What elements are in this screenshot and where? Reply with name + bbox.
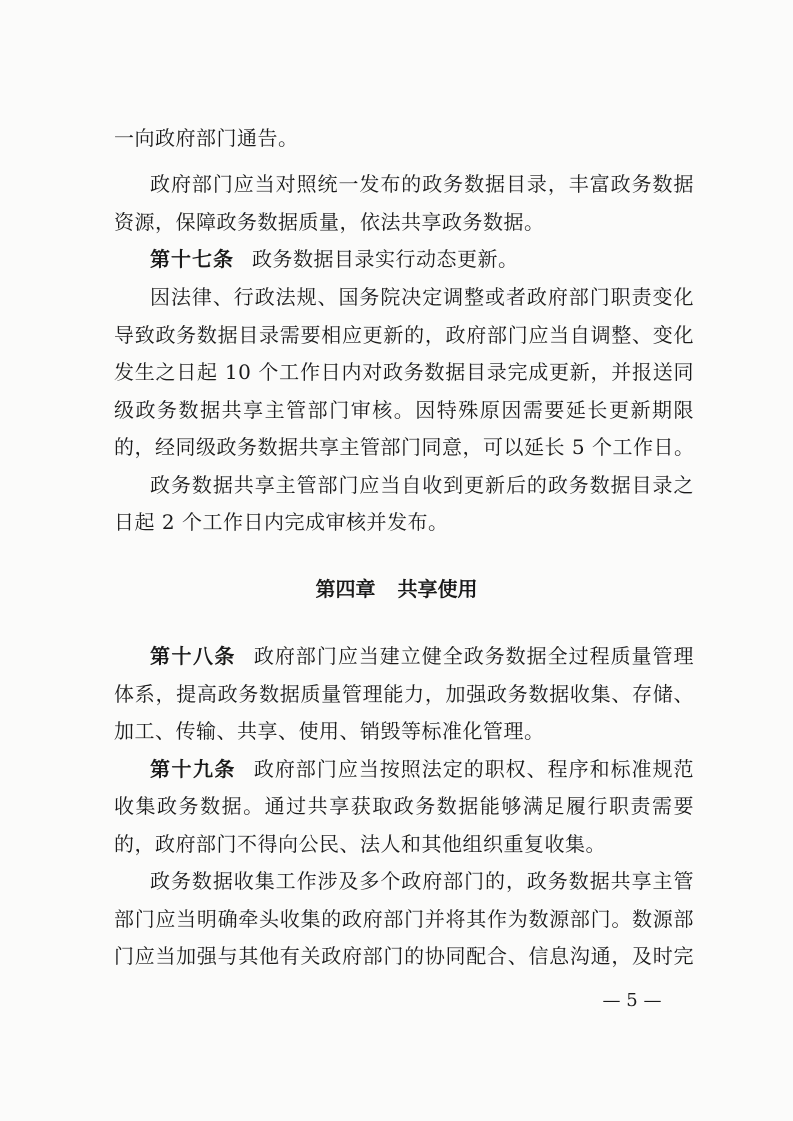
article-text: 政务数据目录实行动态更新。 <box>252 247 519 271</box>
chapter-title: 共享使用 <box>398 577 478 601</box>
text-line: 资源，保障政务数据质量，依法共享政务数据。 <box>114 207 694 237</box>
text-line: 部门应当明确牵头收集的政府部门并将其作为数源部门。数源部 <box>114 904 694 934</box>
text-line: 加工、传输、共享、使用、销毁等标准化管理。 <box>114 716 694 746</box>
text-line: 政府部门应当对照统一发布的政务数据目录，丰富政务数据 <box>150 169 694 199</box>
article-number: 第十九条 <box>150 757 236 781</box>
text-line: 一向政府部门通告。 <box>114 123 694 153</box>
text-line: 日起 2 个工作日内完成审核并发布。 <box>114 507 694 537</box>
article-19-heading: 第十九条政府部门应当按照法定的职权、程序和标准规范 <box>150 754 694 784</box>
text-line: 政务数据收集工作涉及多个政府部门的，政务数据共享主管 <box>150 866 694 896</box>
text-line: 门应当加强与其他有关政府部门的协同配合、信息沟通，及时完 <box>114 941 694 971</box>
chapter-heading: 第四章共享使用 <box>0 574 793 604</box>
chapter-number: 第四章 <box>316 577 376 601</box>
text-line: 导致政务数据目录需要相应更新的，政府部门应当自调整、变化 <box>114 320 694 350</box>
article-text: 政府部门应当建立健全政务数据全过程质量管理 <box>254 644 694 668</box>
article-number: 第十七条 <box>150 247 234 271</box>
article-17-heading: 第十七条政务数据目录实行动态更新。 <box>150 244 694 274</box>
text-line: 政务数据共享主管部门应当自收到更新后的政务数据目录之 <box>150 470 694 500</box>
article-number: 第十八条 <box>150 644 236 668</box>
text-line: 的，经同级政务数据共享主管部门同意，可以延长 5 个工作日。 <box>114 432 694 462</box>
text-line: 发生之日起 10 个工作日内对政务数据目录完成更新，并报送同 <box>114 357 694 387</box>
article-text: 政府部门应当按照法定的职权、程序和标准规范 <box>254 757 694 781</box>
page-number: — 5 — <box>592 989 672 1013</box>
text-line: 收集政务数据。通过共享获取政务数据能够满足履行职责需要 <box>114 791 694 821</box>
text-line: 体系，提高政务数据质量管理能力，加强政务数据收集、存储、 <box>114 679 694 709</box>
text-line: 的，政府部门不得向公民、法人和其他组织重复收集。 <box>114 829 694 859</box>
article-18-heading: 第十八条政府部门应当建立健全政务数据全过程质量管理 <box>150 641 694 671</box>
document-page: 一向政府部门通告。 政府部门应当对照统一发布的政务数据目录，丰富政务数据 资源，… <box>0 0 793 1121</box>
text-line: 因法律、行政法规、国务院决定调整或者政府部门职责变化 <box>150 282 694 312</box>
text-line: 级政务数据共享主管部门审核。因特殊原因需要延长更新期限 <box>114 395 694 425</box>
